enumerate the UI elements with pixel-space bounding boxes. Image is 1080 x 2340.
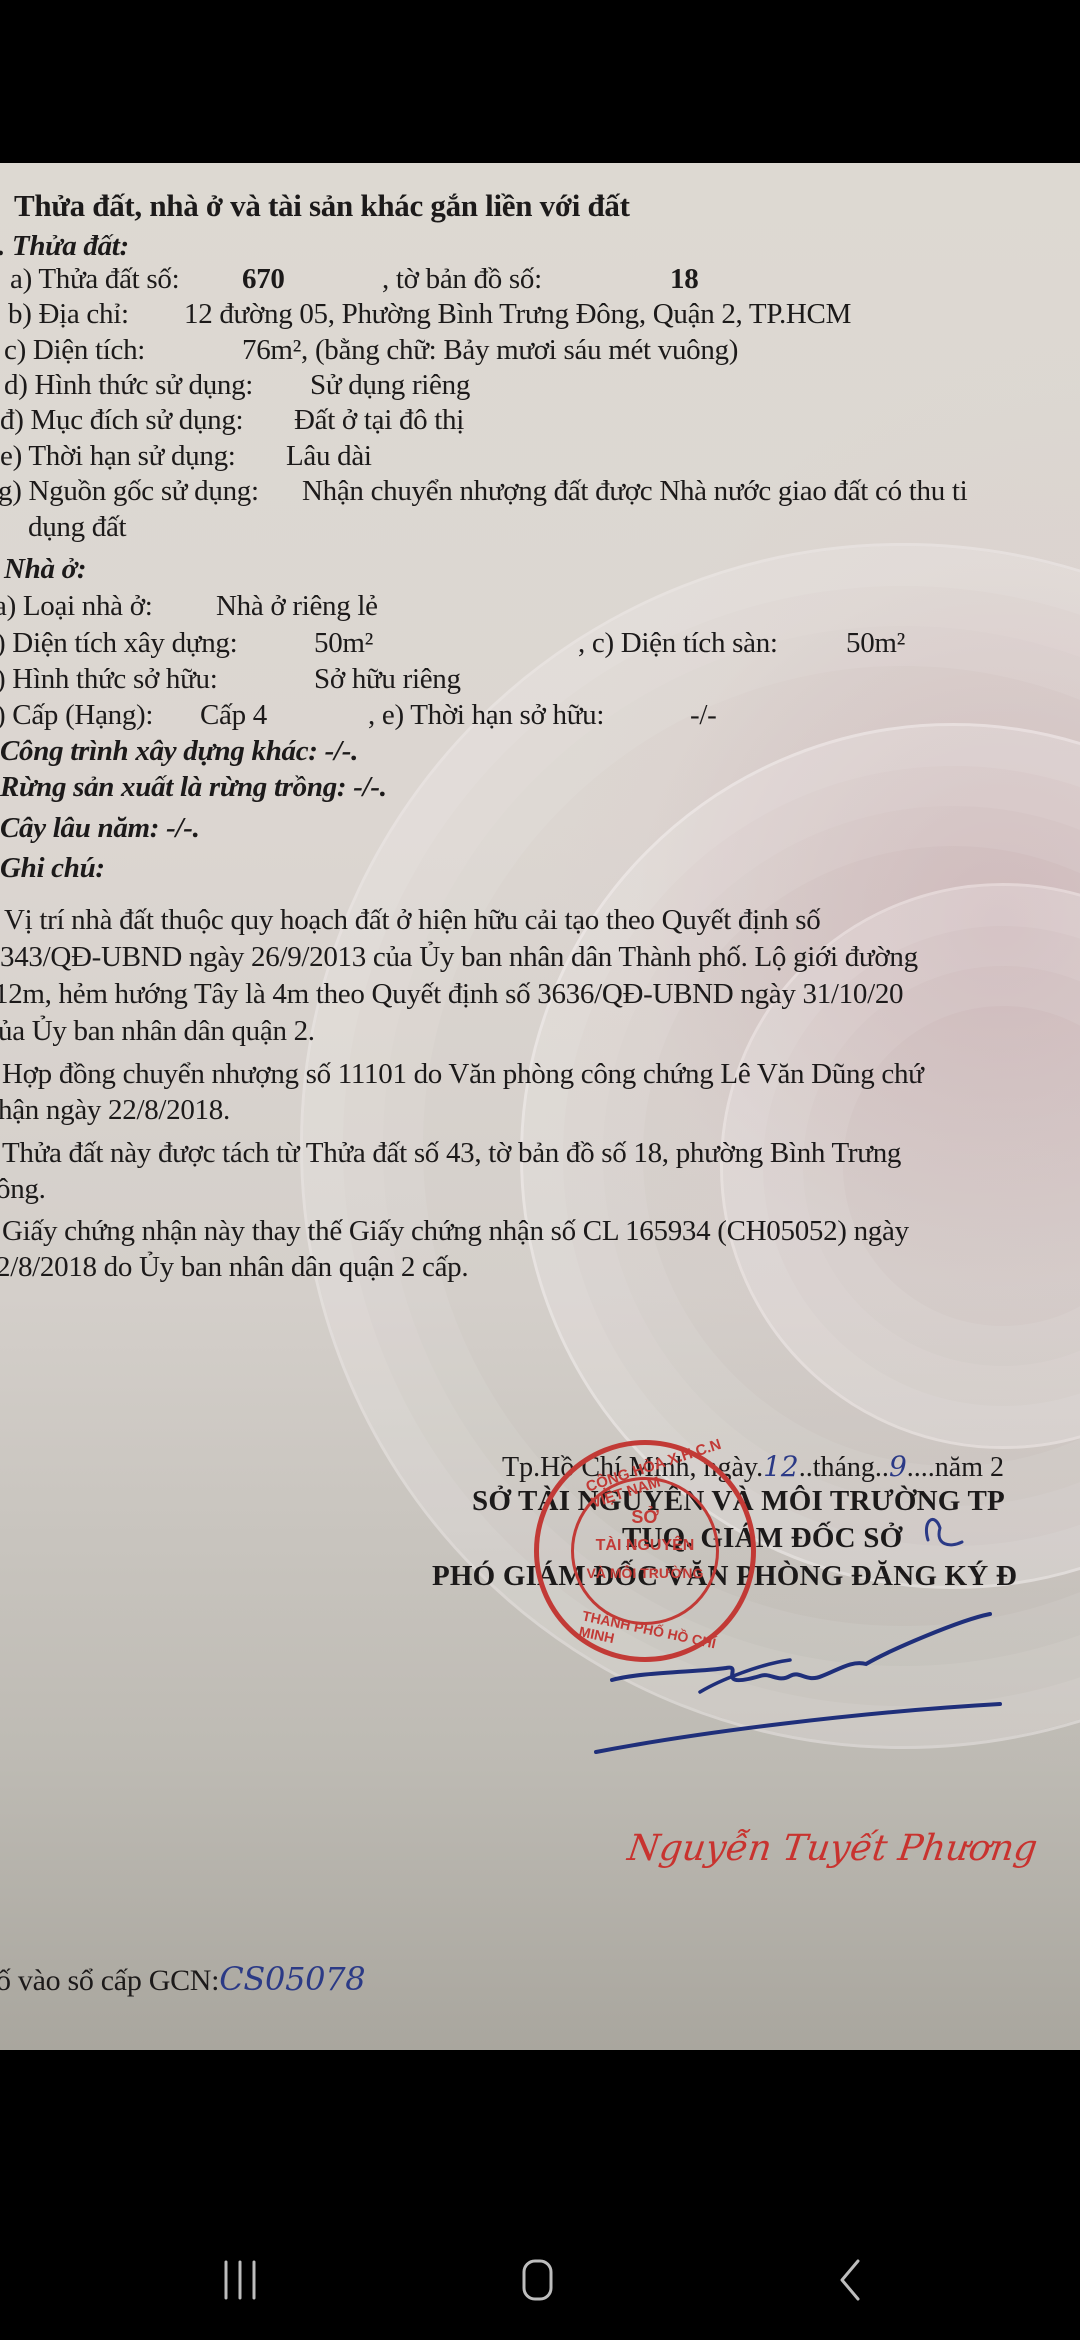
home-button[interactable] xyxy=(500,2256,580,2304)
registry-row: ố vào sổ cấp GCN:CS05078 xyxy=(0,1960,365,1998)
home-icon xyxy=(520,2258,560,2302)
signer-name: Nguyễn Tuyết Phương xyxy=(625,1828,1040,1869)
registry-number: CS05078 xyxy=(219,1960,365,1998)
navigation-bar xyxy=(0,2220,1080,2340)
registry-label: ố vào sổ cấp GCN: xyxy=(0,1964,219,1997)
recents-icon xyxy=(220,2258,260,2302)
recents-button[interactable] xyxy=(200,2256,280,2304)
back-button[interactable] xyxy=(810,2256,890,2304)
back-icon xyxy=(830,2258,870,2302)
